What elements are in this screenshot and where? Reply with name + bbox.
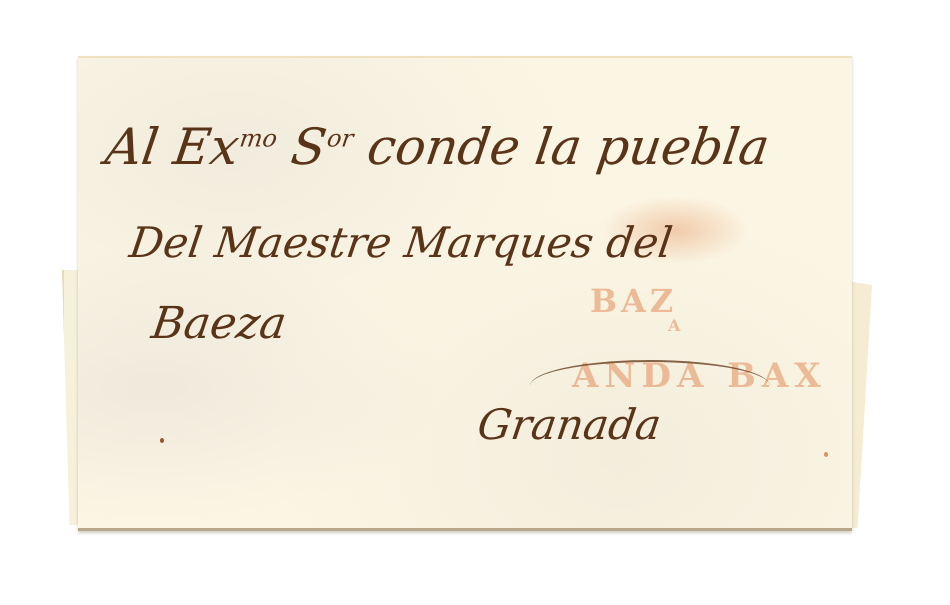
postmark-line-2: A (668, 316, 684, 335)
ink-spot (160, 438, 164, 443)
address-senor: S (272, 118, 330, 176)
address-sup-mo: mo (238, 124, 279, 152)
address-salutation: Al Ex (102, 118, 243, 176)
address-line-1: Al Exmo Sor conde la puebla (102, 118, 773, 176)
address-destination: Granada (475, 400, 665, 449)
address-line-2: Del Maestre Marques del (127, 218, 676, 267)
postmark-line-1: BAZ (590, 282, 677, 320)
address-line-3: Baeza (148, 298, 289, 349)
ink-spot (824, 452, 828, 457)
address-title: conde la puebla (348, 118, 773, 176)
